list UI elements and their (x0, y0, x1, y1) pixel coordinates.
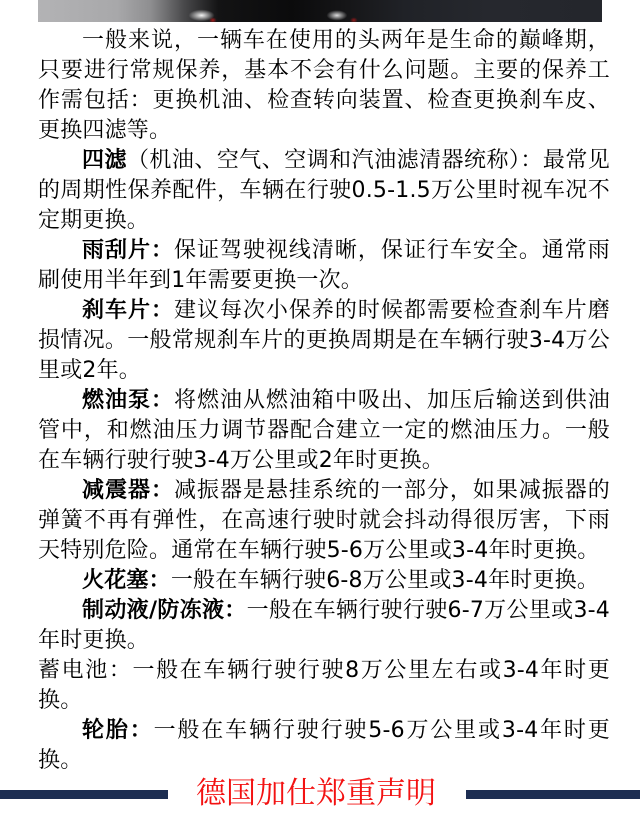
paragraph: 火花塞：一般在车辆行驶6-8万公里或3-4年时更换。 (38, 566, 610, 596)
term-label: 制动液/防冻液： (82, 598, 247, 623)
term-label: 刹车片： (82, 298, 174, 323)
term-label: 轮胎： (82, 718, 154, 743)
header-photo-strip (38, 0, 602, 22)
paragraph: 一般来说，一辆车在使用的头两年是生命的巅峰期，只要进行常规保养，基本不会有什么问… (38, 26, 610, 146)
article-body: 一般来说，一辆车在使用的头两年是生命的巅峰期，只要进行常规保养，基本不会有什么问… (38, 26, 610, 776)
term-label: 燃油泵： (82, 388, 174, 413)
paragraph: 轮胎：一般在车辆行驶行驶5-6万公里或3-4年时更换。 (38, 716, 610, 776)
term-label: 火花塞： (82, 568, 171, 593)
term-label: 减震器： (82, 478, 174, 503)
statement-title: 德国加仕郑重声明 (168, 775, 466, 813)
term-label: 雨刮片： (82, 238, 174, 263)
term-label: 四滤 (82, 148, 127, 173)
paragraph: 雨刮片：保证驾驶视线清晰，保证行车安全。通常雨刷使用半年到1年需要更换一次。 (38, 236, 610, 296)
paragraph: 四滤（机油、空气、空调和汽油滤清器统称）：最常见的周期性保养配件，车辆在行驶0.… (38, 146, 610, 236)
paragraph: 制动液/防冻液：一般在车辆行驶行驶6-7万公里或3-4年时更换。 (38, 596, 610, 656)
footer: 德国加仕郑重声明 (0, 772, 640, 816)
divider-bar-left (0, 790, 168, 799)
paragraph: 燃油泵：将燃油从燃油箱中吸出、加压后输送到供油管中，和燃油压力调节器配合建立一定… (38, 386, 610, 476)
paragraph: 刹车片：建议每次小保养的时候都需要检查刹车片磨损情况。一般常规刹车片的更换周期是… (38, 296, 610, 386)
paragraph: 减震器：减振器是悬挂系统的一部分，如果减振器的弹簧不再有弹性，在高速行驶时就会抖… (38, 476, 610, 566)
divider-bar-right (466, 790, 640, 799)
paragraph: 蓄电池：一般在车辆行驶行驶8万公里左右或3-4年时更换。 (38, 656, 610, 716)
